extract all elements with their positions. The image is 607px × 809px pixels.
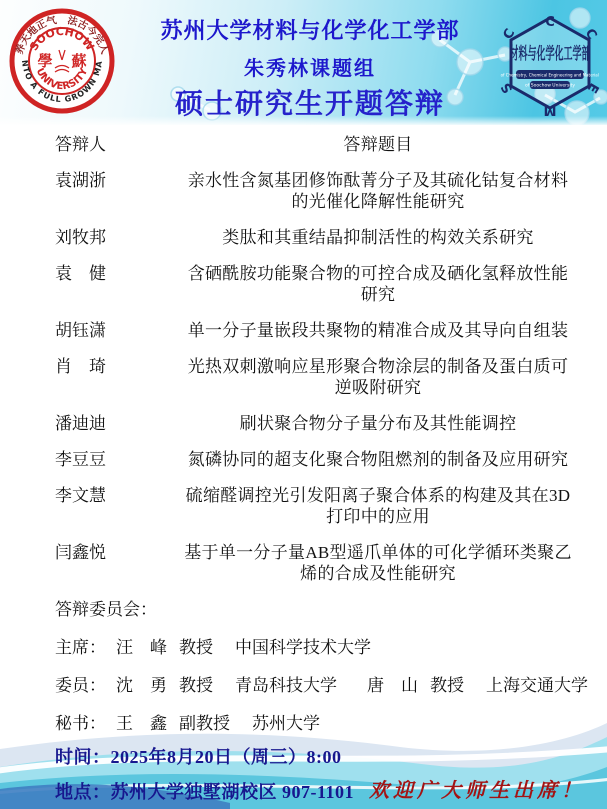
hex-center-english-1: College of Chemistry, Chemical Engineeri… — [500, 73, 600, 78]
committee-member-affiliation: 上海交通大学 — [486, 676, 588, 695]
table-row: 刘牧邦 类肽和其重结晶抑制活性的构效关系研究 — [0, 227, 607, 248]
thesis-title: 硫缩醛调控光引发阳离子聚合体系的构建及其在3D打印中的应用 — [182, 485, 574, 527]
defender-name: 袁湖浙 — [0, 170, 180, 212]
defense-schedule: 答辩人 答辩题目 袁湖浙 亲水性含氮基团修饰酞菁分子及其硫化钴复合材料的光催化降… — [0, 125, 607, 803]
header-banner: 养天地正气 法古今完人 UNTO A FULL GROWN MAN SOOCHO… — [0, 0, 607, 125]
hex-center-english-2: of Soochow University — [525, 83, 575, 89]
poster-page: 养天地正气 法古今完人 UNTO A FULL GROWN MAN SOOCHO… — [0, 0, 607, 809]
column-header-topic: 答辩题目 — [182, 134, 574, 155]
committee-member-affiliation: 青岛科技大学 — [235, 676, 337, 695]
defender-name: 袁 健 — [0, 263, 180, 305]
college-hexagon-logo: C C C E M S 材料与化学化工学部 College of Chemist… — [500, 12, 600, 116]
thesis-title: 氮磷协同的超支化聚合物阻燃剂的制备及应用研究 — [182, 449, 574, 470]
thesis-title: 亲水性含氮基团修饰酞菁分子及其硫化钴复合材料的光催化降解性能研究 — [182, 170, 574, 212]
committee-member-name: 沈 勇 — [116, 676, 167, 695]
committee-heading: 答辩委员会： — [55, 599, 607, 620]
defender-name: 肖 琦 — [0, 356, 180, 398]
thesis-title: 含硒酰胺功能聚合物的可控合成及硒化氢释放性能研究 — [182, 263, 574, 305]
defender-name: 李文慧 — [0, 485, 180, 527]
hex-letter-m: M — [544, 103, 557, 116]
thesis-title: 基于单一分子量AB型遥爪单体的可化学循环类聚乙烯的合成及性能研究 — [182, 542, 574, 584]
page-title: 硕士研究生开题答辩 — [130, 82, 490, 122]
committee-members-row: 委员：沈 勇教授青岛科技大学唐 山教授上海交通大学 — [55, 675, 607, 696]
defender-name: 李豆豆 — [0, 449, 180, 470]
committee-member-title: 教授 — [430, 676, 464, 695]
header-research-group: 朱秀林课题组 — [130, 52, 490, 81]
thesis-title: 单一分子量嵌段共聚物的精准合成及其导向自组装 — [182, 320, 574, 341]
welcome-message: 欢迎广大师生出席！ — [369, 774, 585, 803]
soochow-university-seal: 养天地正气 法古今完人 UNTO A FULL GROWN MAN SOOCHO… — [9, 6, 115, 116]
hex-letter-c-top: C — [545, 15, 555, 30]
committee-chair-row: 主席：汪 峰教授中国科学技术大学 — [55, 637, 607, 658]
table-header-row: 答辩人 答辩题目 — [0, 134, 607, 155]
table-row: 袁 健 含硒酰胺功能聚合物的可控合成及硒化氢释放性能研究 — [0, 263, 607, 305]
committee-member-title: 教授 — [179, 676, 213, 695]
thesis-title: 光热双刺激响应星形聚合物涂层的制备及蛋白质可逆吸附研究 — [182, 356, 574, 398]
seal-center-left: 學 — [36, 52, 52, 70]
table-row: 闫鑫悦 基于单一分子量AB型遥爪单体的可化学循环类聚乙烯的合成及性能研究 — [0, 542, 607, 584]
thesis-title: 刷状聚合物分子量分布及其性能调控 — [182, 413, 574, 434]
defender-name: 闫鑫悦 — [0, 542, 180, 584]
thesis-title: 类肽和其重结晶抑制活性的构效关系研究 — [182, 227, 574, 248]
table-row: 袁湖浙 亲水性含氮基团修饰酞菁分子及其硫化钴复合材料的光催化降解性能研究 — [0, 170, 607, 212]
table-row: 李豆豆 氮磷协同的超支化聚合物阻燃剂的制备及应用研究 — [0, 449, 607, 470]
table-row: 肖 琦 光热双刺激响应星形聚合物涂层的制备及蛋白质可逆吸附研究 — [0, 356, 607, 398]
column-header-defender: 答辩人 — [0, 134, 180, 155]
table-row: 胡钰潇 单一分子量嵌段共聚物的精准合成及其导向自组装 — [0, 320, 607, 341]
committee-member-name: 汪 峰 — [116, 638, 167, 657]
table-row: 李文慧 硫缩醛调控光引发阳离子聚合体系的构建及其在3D打印中的应用 — [0, 485, 607, 527]
committee-member-affiliation: 中国科学技术大学 — [235, 638, 371, 657]
event-time: 时间：2025年8月20日（周三）8:00 — [55, 747, 607, 768]
role-label: 主席： — [55, 638, 106, 657]
committee-member-title: 教授 — [179, 638, 213, 657]
table-row: 潘迪迪 刷状聚合物分子量分布及其性能调控 — [0, 413, 607, 434]
defender-name: 潘迪迪 — [0, 413, 180, 434]
defender-name: 胡钰潇 — [0, 320, 180, 341]
seal-center-right: 蘇 — [71, 52, 86, 70]
role-label: 委员： — [55, 676, 106, 695]
header-department: 苏州大学材料与化学化工学部 — [130, 14, 490, 45]
committee-member-name: 唐 山 — [367, 676, 418, 695]
defender-name: 刘牧邦 — [0, 227, 180, 248]
hex-center-chinese: 材料与化学化工学部 — [510, 43, 592, 63]
